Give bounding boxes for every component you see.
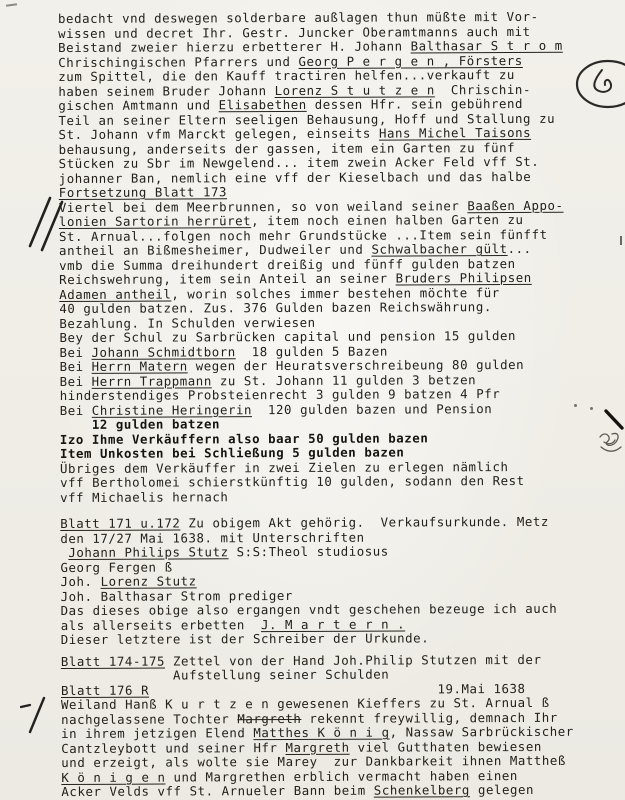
text-segment: Chrischingischen Pfarrers und [58,53,298,69]
text-segment: S:S:Theol studiosus [229,544,389,560]
underlined-text: Hans Michel Taisons [379,125,531,141]
underlined-text: Blatt 171 u.172 [60,515,180,531]
text-segment: vff Michaelis hernach [60,489,228,505]
underlined-text: lonien Sartorin herrüret [59,213,251,229]
handwritten-circled-note [572,56,625,114]
text-segment: Bei [60,373,92,388]
underlined-text: Lorenz Stutz [101,573,197,588]
text-segment: Cantzleybott und seiner Hfr [61,740,285,756]
text-segment: 40 gulden batzen. Zus. 376 Gulden bazen … [59,299,492,316]
text-segment: in ihrem jetzigen Elend [61,725,253,741]
stray-dot [590,407,593,410]
text-line: Acker Velds vff St. Arnueler Bann beim S… [61,783,625,800]
underlined-text: J. M a r t e r n . [261,616,405,632]
document-lines: bedacht vnd deswegen solderbare außlagen… [58,10,625,800]
text-segment: dessen Hfr. sein gebührend [307,96,523,112]
text-segment: Acker Velds vff St. Arnueler Bann beim [61,783,373,799]
handwritten-double-slash-mark [22,192,70,252]
text-segment: Bey der Schul zu Sarbrücken capital und … [59,328,516,345]
text-segment: , Nassaw Sarbrückischer [390,724,574,740]
underlined-text: Johann Philips Stutz [68,544,228,560]
stray-tick-mark [620,236,622,245]
text-segment: Bei [60,359,92,374]
text-segment: Das dieses obige also ergangen vndt gesc… [61,601,558,618]
underlined-text: Fortsetzung Blatt 173 [59,184,227,200]
text-segment: 18 gulden 5 Bazen [236,343,388,359]
text-segment: Chrischin- [435,81,531,96]
text-segment: Zu obigem Akt gehörig. Verkaufsurkunde. … [180,514,549,531]
text-segment [60,545,68,560]
text-segment: 120 gulden bazen und Pension [252,401,492,417]
text-segment: Dieser letztere ist der Schreiber der Ur… [61,630,430,647]
scanned-page: bedacht vnd deswegen solderbare außlagen… [0,0,625,800]
text-segment: Joh. [60,574,100,589]
underlined-text: Schenkelberg [374,782,470,797]
text-segment: vff Bertholomei schierstkünftig 10 gulde… [60,473,525,490]
underlined-text: Johann Schmidtborn [91,344,235,360]
stray-dot [574,404,577,407]
text-segment: Bei [59,344,91,359]
underlined-text: Blatt 174-175 [61,653,165,668]
text-segment: haben seinem Bruder Johann [58,83,274,99]
underlined-text: Georg P e r g e n , Försters [298,52,522,68]
text-segment: viel Gutthaten bewiesen [350,738,542,754]
underlined-text: Elisabethen [219,97,307,112]
handwritten-single-slash-mark [20,692,56,738]
struck-text: Margreth [237,710,301,725]
text-segment: johanner Ban, nemlich eine vff der Kiese… [59,168,532,185]
underlined-text: Lorenz S t u t z e n [275,82,435,98]
underlined-text: Matthes K ö n i g [253,725,389,741]
underlined-text: Christine Heringerin [92,402,252,418]
underlined-text: Blatt 176 R [61,682,149,697]
underlined-text: Herrn Trappmann [92,373,212,389]
underlined-text: Balthasar S t r o m [411,38,563,54]
underlined-text: Adamen antheil [59,286,171,301]
underlined-text: Margreth [285,739,349,754]
text-segment: Zettel von der Hand Joh.Philip Stutzen m… [165,651,542,668]
underlined-text: Baaßen Appo- [467,197,563,212]
text-segment: als allerseits erbetten [61,617,261,633]
stray-dash-mark [6,3,17,7]
text-segment: ... [508,241,532,256]
underlined-text: Herrn Matern [92,358,188,373]
text-segment: Joh. Balthasar Strom prediger [61,587,293,603]
underlined-text: Schwalbacher gült [371,241,507,257]
text-segment: gischen Amtmann und [58,97,218,113]
scribble-smudge [597,428,625,456]
text-segment: nachgelassene Tochter [61,711,237,727]
text-segment: Georg Fergen ß [60,559,172,574]
text-segment: gelegen [470,782,534,797]
underlined-text: Bruders Philipsen [396,270,532,286]
text-segment: 12 gulden batzen [60,416,220,432]
underlined-text: K ö n i g e n [61,769,165,784]
text-segment: Bei [60,402,92,417]
